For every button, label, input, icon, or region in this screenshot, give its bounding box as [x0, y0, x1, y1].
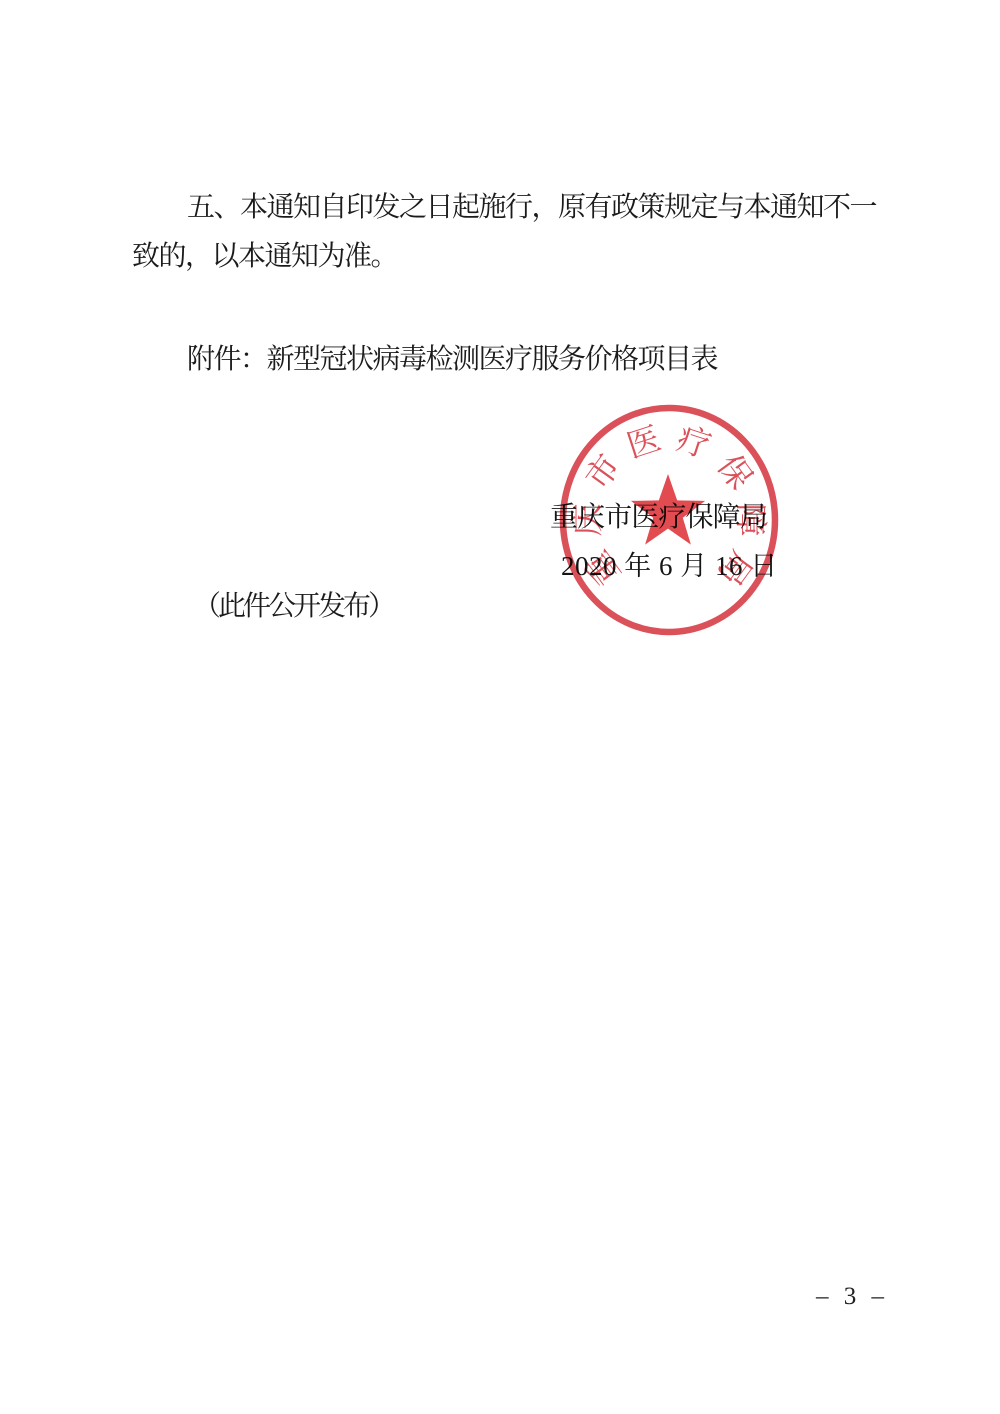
page-number: – 3 – — [800, 1283, 900, 1311]
official-seal: 重 庆 市 医 疗 保 障 局 — [554, 402, 786, 638]
seal-ring-char: 医 — [622, 419, 665, 464]
seal-ring-char: 疗 — [673, 419, 716, 464]
attachment-line: 附件：新型冠状病毒检测医疗服务价格项目表 — [187, 344, 717, 374]
paragraph-line-2: 致的，以本通知为准。 — [132, 241, 397, 271]
document-page: 五、本通知自印发之日起施行，原有政策规定与本通知不一 致的，以本通知为准。 附件… — [0, 0, 1000, 1414]
paragraph-line-1: 五、本通知自印发之日起施行，原有政策规定与本通知不一 — [187, 192, 876, 222]
seal-ring-char: 障 — [733, 504, 770, 537]
public-release-note: （此件公开发布） — [193, 591, 393, 621]
seal-star-icon — [631, 474, 705, 545]
seal-ring-char: 庆 — [569, 504, 606, 537]
